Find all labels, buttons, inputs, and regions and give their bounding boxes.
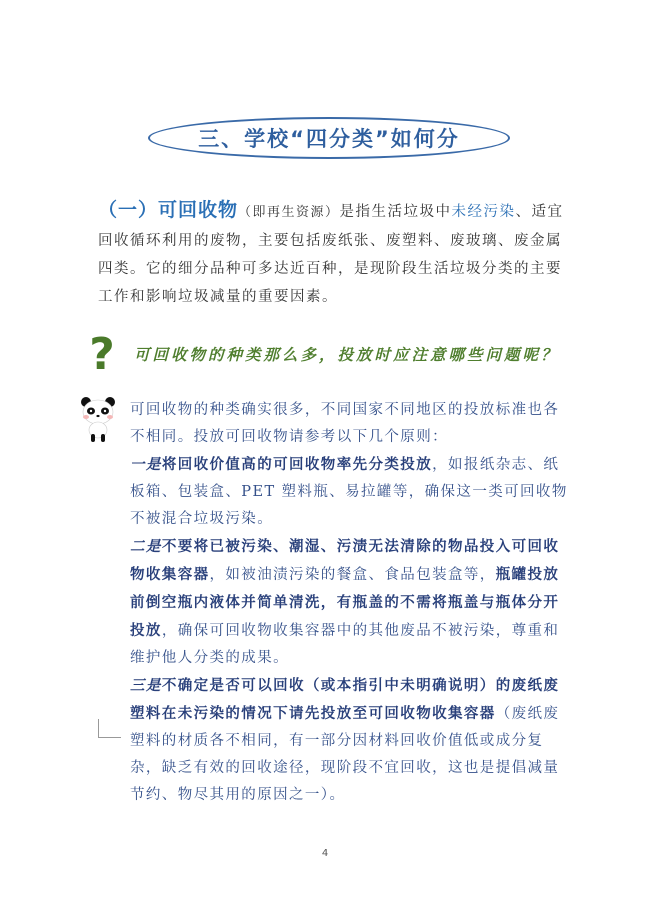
- question-mark-icon: ?: [84, 330, 120, 378]
- intro-highlight: 未经污染: [452, 204, 516, 220]
- question-row: ? 可回收物的种类那么多，投放时应注意哪些问题呢？: [84, 330, 584, 378]
- category-alias: （即再生资源）: [238, 205, 340, 220]
- question-text: 可回收物的种类那么多，投放时应注意哪些问题呢？: [134, 343, 560, 365]
- panda-icon: [76, 394, 120, 444]
- intro-paragraph: （一）可回收物（即再生资源）是指生活垃圾中未经污染、适宜回收循环利用的废物，主要…: [98, 196, 568, 311]
- section-title-oval: 三、学校“四分类”如何分: [148, 117, 510, 159]
- answer-intro: 可回收物的种类确实很多，不同国家不同地区的投放标准也各不相同。投放可回收物请参考…: [130, 397, 575, 451]
- principle-2: 二是不要将已被污染、潮湿、污渍无法清除的物品投入可回收物收集容器，如被油渍污染的…: [130, 533, 575, 672]
- category-heading: （一）可回收物: [98, 199, 238, 221]
- intro-text-1: 是指生活垃圾中: [340, 204, 452, 220]
- principle-1: 一是将回收价值高的可回收物率先分类投放，如报纸杂志、纸板箱、包装盒、PET 塑料…: [130, 451, 575, 533]
- principle-3: 三是不确定是否可以回收（或本指引中未明确说明）的废纸废塑料在未污染的情况下请先投…: [130, 672, 575, 809]
- section-title: 三、学校“四分类”如何分: [198, 123, 460, 153]
- text-corner-mark: [98, 719, 121, 738]
- answer-block: 可回收物的种类确实很多，不同国家不同地区的投放标准也各不相同。投放可回收物请参考…: [130, 397, 575, 809]
- page-number: 4: [0, 848, 650, 859]
